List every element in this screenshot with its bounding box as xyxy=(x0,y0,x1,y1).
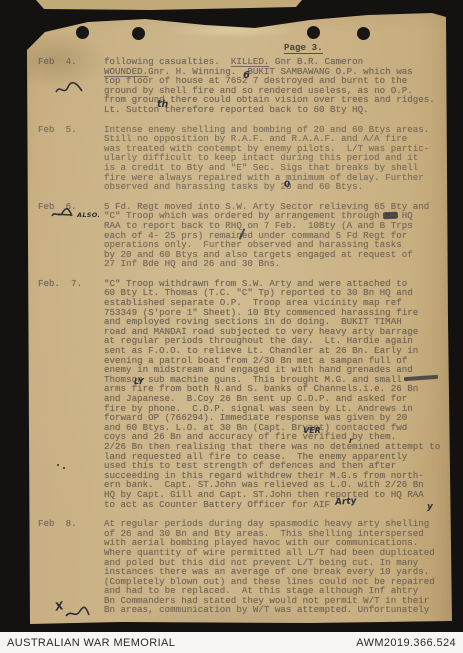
handwritten-stray-y: y xyxy=(427,502,433,512)
handwritten-bold-zero: 0 xyxy=(284,180,290,190)
handwritten-crossed-scribble xyxy=(50,208,74,220)
footer-bar: AUSTRALIAN WAR MEMORIAL AWM2019.366.524 xyxy=(0,632,463,653)
handwritten-also-note: ALSO. xyxy=(77,211,100,219)
punch-hole-4 xyxy=(357,27,370,40)
handwritten-r-caret: r xyxy=(349,436,353,445)
page-number: Page 3. xyxy=(284,43,323,54)
institution-name: AUSTRALIAN WAR MEMORIAL xyxy=(7,637,175,649)
ink-strikeout-mark xyxy=(383,212,398,220)
entry-date: Feb 5. xyxy=(38,125,104,135)
entry-body: At regular periods during day spasmodic … xyxy=(104,519,456,615)
ink-speck xyxy=(63,467,65,469)
punch-hole-1 xyxy=(76,26,89,39)
entry-date: Feb. 7. xyxy=(38,279,104,289)
back-page-edge xyxy=(0,0,463,12)
scanned-war-diary-page: Page 3. Feb 4. following casualties. KIL… xyxy=(0,0,463,653)
punch-hole-2 xyxy=(132,27,145,40)
handwritten-margin-scribble xyxy=(54,82,84,96)
handwritten-ver-correction: VER xyxy=(303,426,321,435)
entry-date: Feb 4. xyxy=(38,57,104,67)
ink-speck xyxy=(57,464,59,466)
handwritten-ly-insert: LY xyxy=(134,377,144,386)
diary-entry-feb-8: Feb 8. At regular periods during day spa… xyxy=(0,519,463,615)
diary-entry-feb-7: Feb. 7. "C" Troop withdrawn from S.W. Ar… xyxy=(0,279,463,509)
handwritten-th-correction: th xyxy=(157,99,168,110)
item-id: AWM2019.366.524 xyxy=(356,637,456,649)
diary-entry-feb-5: Feb 5. Intense enemy shelling and bombin… xyxy=(0,125,463,192)
entry-body: Intense enemy shelling and bombing of 20… xyxy=(104,125,456,192)
punch-hole-3 xyxy=(307,26,320,39)
handwritten-bottom-scribble xyxy=(64,606,90,620)
handwritten-map-ref-digit: 6 xyxy=(243,70,250,81)
entry-body: 5 Fd. Regt moved into S.W. Arty Sector r… xyxy=(104,202,456,269)
diary-entries: Feb 4. following casualties. KILLED. Gnr… xyxy=(0,57,463,625)
entry-body: "C" Troop withdrawn from S.W. Arty and w… xyxy=(104,279,456,509)
entry-date: Feb 8. xyxy=(38,519,104,529)
handwritten-arty-word: Arty xyxy=(335,496,357,508)
